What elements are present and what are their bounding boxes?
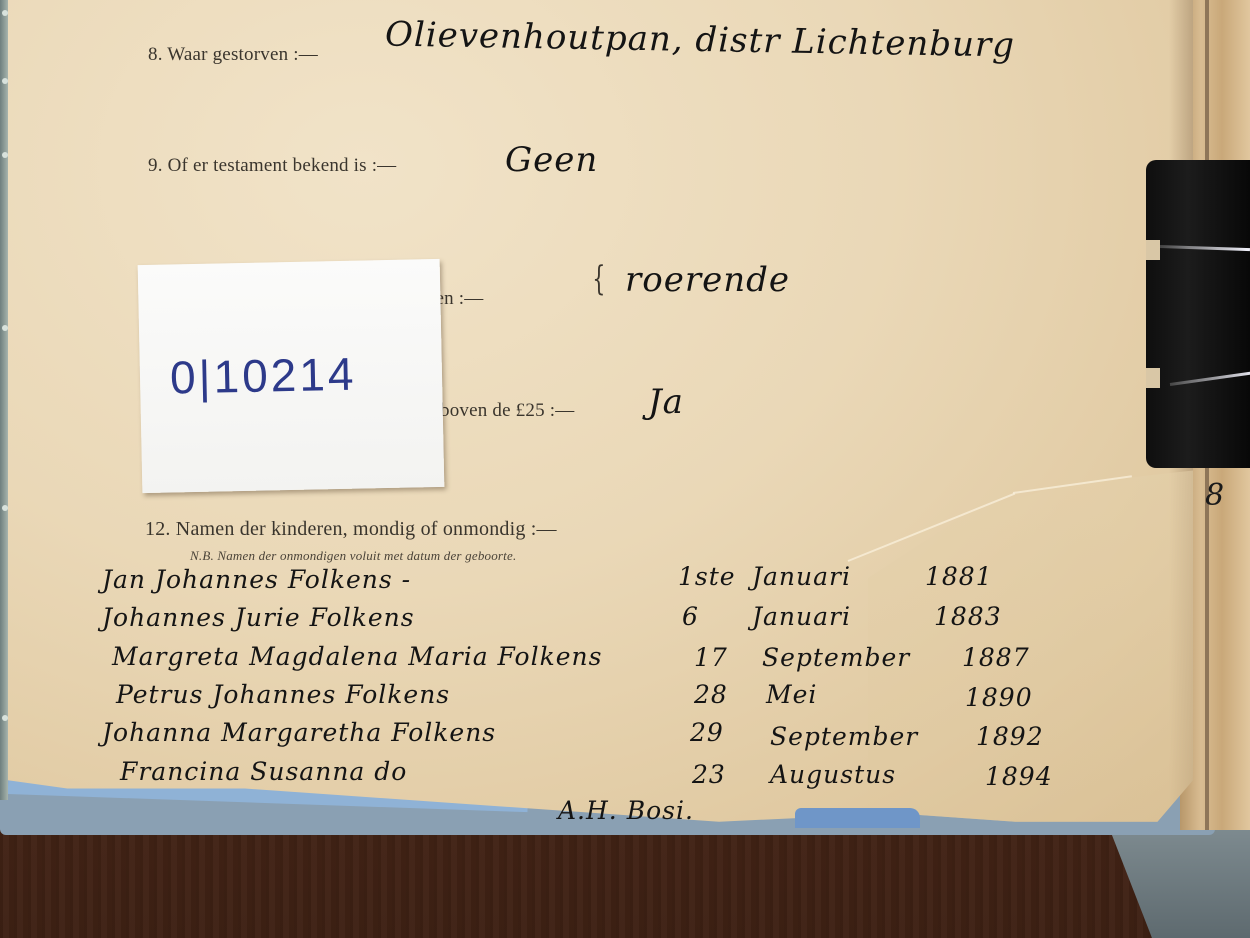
child-name: Johanna Margaretha Folkens [102, 718, 496, 747]
field-11-label: boven de £25 :— [440, 400, 574, 422]
child-birth-month: Mei [766, 680, 817, 709]
brace-symbol: { [592, 262, 605, 296]
field-12-note: N.B. Namen der onmondigen voluit met dat… [190, 548, 516, 564]
signature: A.H. Bosi. [558, 796, 694, 825]
binding-spine [0, 0, 8, 800]
child-birth-day: 29 [690, 718, 724, 747]
child-name: Margreta Magdalena Maria Folkens [112, 642, 602, 671]
sticky-note: 0|10214 [138, 259, 445, 493]
blue-cover-patch [795, 808, 920, 828]
child-name: Jan Johannes Folkens - [102, 565, 411, 594]
binder-clip [1146, 160, 1250, 468]
child-name: Johannes Jurie Folkens [102, 603, 415, 632]
child-birth-day: 23 [692, 760, 726, 789]
field-8-label: 8. Waar gestorven :— [148, 44, 318, 66]
child-birth-month: September [770, 722, 918, 751]
stitch [2, 715, 8, 721]
stitch [2, 325, 8, 331]
child-birth-month: Januari [752, 602, 851, 631]
stitch [2, 152, 8, 158]
child-name: Petrus Johannes Folkens [116, 680, 450, 709]
child-birth-year: 1883 [934, 602, 1002, 631]
child-birth-month: Januari [752, 562, 851, 591]
next-page-mark: 8 [1205, 478, 1224, 513]
child-birth-day: 1ste [678, 562, 736, 591]
field-11-value: Ja [648, 382, 684, 422]
field-10-value: roerende [625, 260, 790, 300]
binder-clip-notch [1146, 368, 1160, 388]
stitch [2, 10, 8, 16]
child-birth-year: 1890 [965, 683, 1033, 712]
child-birth-year: 1887 [962, 643, 1030, 672]
child-name: Francina Susanna do [120, 757, 407, 786]
child-birth-year: 1892 [976, 722, 1044, 751]
sticky-note-reference-number: 0|10214 [169, 347, 357, 405]
child-birth-day: 28 [694, 680, 728, 709]
stitch [2, 505, 8, 511]
child-birth-year: 1881 [925, 562, 993, 591]
binder-clip-notch [1146, 240, 1160, 260]
child-birth-year: 1894 [985, 762, 1053, 791]
field-9-value: Geen [505, 140, 598, 180]
child-birth-month: Augustus [770, 760, 896, 789]
field-9-label: 9. Of er testament bekend is :— [148, 155, 396, 177]
child-birth-day: 6 [682, 602, 699, 631]
child-birth-month: September [762, 643, 910, 672]
child-birth-day: 17 [694, 643, 728, 672]
stitch [2, 78, 8, 84]
field-12-label: 12. Namen der kinderen, mondig of onmond… [145, 518, 557, 541]
